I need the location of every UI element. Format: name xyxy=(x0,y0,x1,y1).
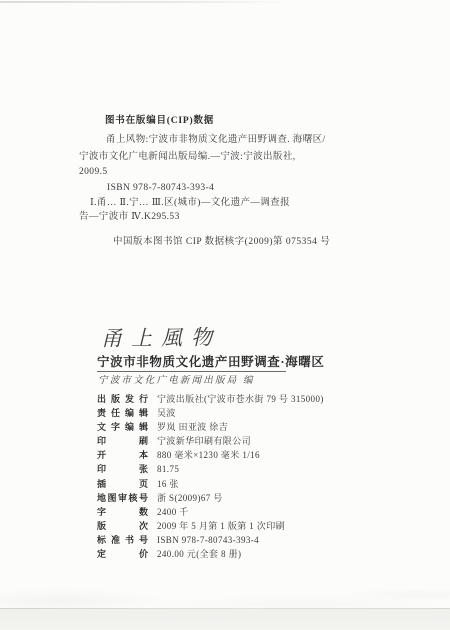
colophon-row-label: 印刷 xyxy=(97,434,148,448)
cip-record-number-line: 中国版本图书馆 CIP 数据核字(2009)第 075354 号 xyxy=(113,235,330,249)
colophon-row: 字数2400 千 xyxy=(97,505,427,519)
colophon-row-value: 2400 千 xyxy=(157,505,189,519)
scan-bottom-band xyxy=(0,609,450,630)
title-underline xyxy=(97,371,286,372)
colophon-row-label: 印张 xyxy=(97,462,148,476)
colophon-row: 出版发行宁波出版社(宁波市苍水街 79 号 315000) xyxy=(97,392,427,406)
colophon-row: 地图审核号浙 S(2009)67 号 xyxy=(97,491,427,505)
colophon-row-label: 插页 xyxy=(97,477,148,491)
colophon-row-value: 宁波出版社(宁波市苍水街 79 号 315000) xyxy=(157,392,324,406)
cip-heading: 图书在版编目(CIP)数据 xyxy=(105,114,214,128)
colophon-row-label: 版次 xyxy=(97,519,148,533)
colophon-row: 标准书号ISBN 978-7-80743-393-4 xyxy=(97,533,427,547)
colophon-row-value: 宁波新华印刷有限公司 xyxy=(157,434,251,448)
cip-entry-line-2: 宁波市文化广电新闻出版局编.—宁波:宁波出版社, xyxy=(79,150,296,164)
colophon-row-label: 地图审核号 xyxy=(97,491,148,505)
colophon-row-value: 2009 年 5 月第 1 版第 1 次印刷 xyxy=(157,519,285,533)
cip-classification-line-1: Ⅰ.甬… Ⅱ.宁… Ⅲ.区(城市)—文化遗产—调查报 xyxy=(90,196,290,210)
calligraphy-series-title: 甬上風物 xyxy=(101,324,221,352)
colophon-row-label: 标准书号 xyxy=(97,533,148,547)
colophon-row-value: 81.75 xyxy=(157,462,179,476)
cip-entry-line-3: 2009.5 xyxy=(79,165,108,179)
colophon-row-label: 文字编辑 xyxy=(97,420,148,434)
colophon-row-value: 浙 S(2009)67 号 xyxy=(157,491,223,505)
colophon-row: 开本880 毫米×1230 毫米 1/16 xyxy=(97,448,427,462)
cip-entry-line-1: 甬上风物:宁波市非物质文化遗产田野调查. 海曙区/ xyxy=(106,133,326,147)
colophon-row: 印张81.75 xyxy=(97,462,427,476)
colophon-row-value: 240.00 元(全套 8 册) xyxy=(157,547,241,561)
colophon-row: 版次2009 年 5 月第 1 版第 1 次印刷 xyxy=(97,519,427,533)
scan-smudge xyxy=(0,565,450,609)
cip-isbn-line: ISBN 978-7-80743-393-4 xyxy=(107,181,214,195)
cip-classification-line-2: 告—宁波市 Ⅳ.K295.53 xyxy=(79,210,180,224)
colophon-row-value: ISBN 978-7-80743-393-4 xyxy=(157,533,259,547)
scan-top-edge xyxy=(0,1,292,3)
colophon-row-label: 字数 xyxy=(97,505,148,519)
colophon-row-value: 880 毫米×1230 毫米 1/16 xyxy=(157,448,260,462)
colophon-row: 责任编辑吴波 xyxy=(97,406,427,420)
editor-credit-line: 宁波市文化广电新闻出版局 编 xyxy=(98,375,255,388)
colophon-row: 插页16 张 xyxy=(97,477,427,491)
colophon-row: 定价240.00 元(全套 8 册) xyxy=(97,547,427,561)
colophon-row-value: 罗岚 田亚波 徐吉 xyxy=(157,420,228,434)
book-title: 宁波市非物质文化遗产田野调查·海曙区 xyxy=(97,354,324,370)
colophon-rows: 出版发行宁波出版社(宁波市苍水街 79 号 315000)责任编辑吴波文字编辑罗… xyxy=(97,392,427,561)
colophon-row-label: 出版发行 xyxy=(97,392,148,406)
colophon-row-label: 定价 xyxy=(97,547,148,561)
colophon-row-value: 16 张 xyxy=(157,477,179,491)
colophon-row-label: 责任编辑 xyxy=(97,406,148,420)
colophon-row: 文字编辑罗岚 田亚波 徐吉 xyxy=(97,420,427,434)
copyright-page: 图书在版编目(CIP)数据 甬上风物:宁波市非物质文化遗产田野调查. 海曙区/ … xyxy=(0,0,450,630)
colophon-row-label: 开本 xyxy=(97,448,148,462)
colophon-row: 印刷宁波新华印刷有限公司 xyxy=(97,434,427,448)
colophon-row-value: 吴波 xyxy=(157,406,176,420)
